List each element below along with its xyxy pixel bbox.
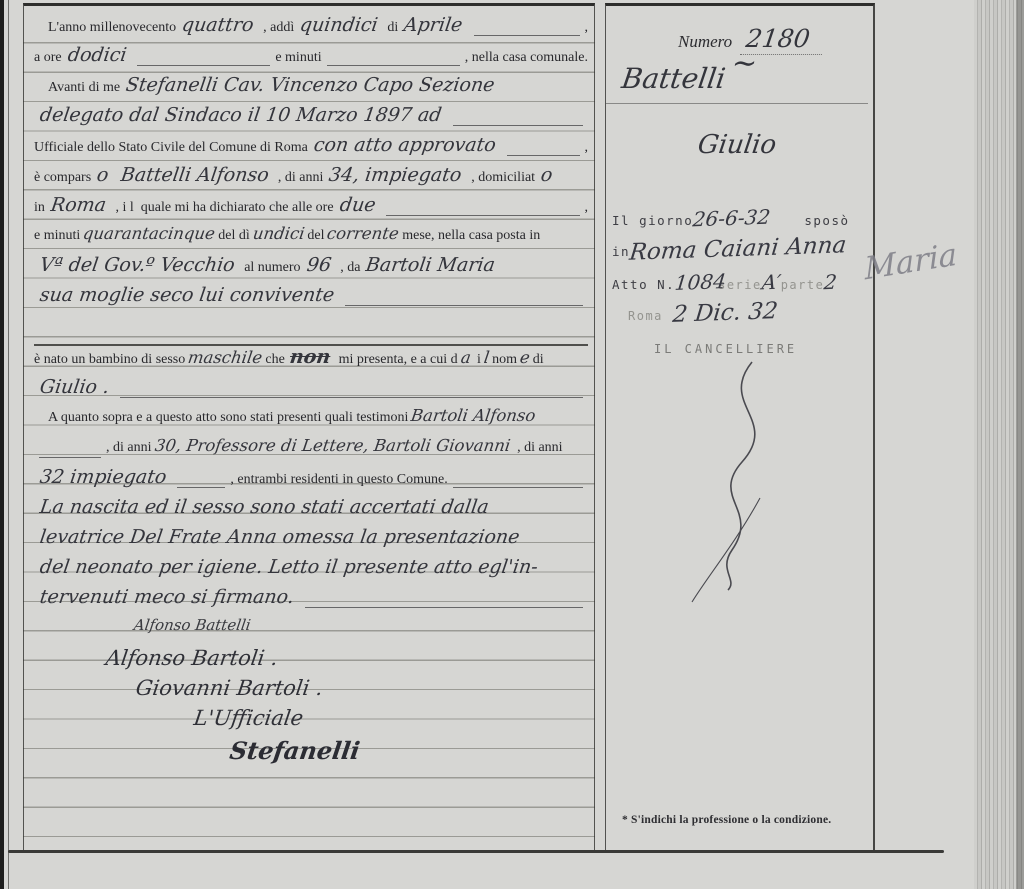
entry-birth-day: undici <box>251 224 305 243</box>
book-page-edges-shade <box>1016 0 1024 889</box>
entry-birth-month: corrente <box>326 224 400 243</box>
printed-form-text: Ufficiale dello Stato Civile del Comune … <box>34 140 308 156</box>
entry-hour: dodici <box>66 44 128 66</box>
entry-mother-relation: sua moglie seco lui convivente <box>38 284 335 306</box>
form-line: delegato dal Sindaco il 10 Marzo 1897 ad <box>34 104 588 134</box>
stamp-text: Atto N. <box>612 277 675 292</box>
entry-birth-minutes: quarantacinque <box>82 224 217 243</box>
printed-form-text: , <box>585 20 589 36</box>
annotation-serie-value: A′ <box>760 270 782 295</box>
entry-witness2-age-profession: 32 impiegato <box>38 466 167 488</box>
margin-surname: Battelli <box>620 62 728 95</box>
annotation-parte-value: 2 <box>823 270 838 294</box>
blank-fill-line <box>120 397 583 398</box>
printed-form-text: a ore <box>34 50 62 66</box>
printed-form-text: A quanto sopra e a questo atto sono stat… <box>48 410 408 426</box>
printed-form-text: , <box>585 140 589 156</box>
entry-birth-street: Vª del Gov.º Vecchio <box>38 254 236 276</box>
numero-label: Numero <box>678 32 732 52</box>
blank-ruled-line <box>34 796 588 826</box>
roma-stamp: Roma <box>628 309 663 323</box>
printed-form-text: del <box>307 228 324 244</box>
printed-form-text: , domiciliat <box>468 170 535 186</box>
printed-form-text: , <box>585 200 589 216</box>
form-line: Avanti di meStefanelli Cav. Vincenzo Cap… <box>34 74 588 104</box>
entry-house-number: 96 <box>305 254 332 276</box>
stamp-text: Il giorno <box>612 213 693 228</box>
blank-fill-line <box>345 305 583 306</box>
printed-form-text: , di anni <box>106 440 152 456</box>
blank-fill-line <box>474 35 580 36</box>
blank-fill-line <box>137 65 270 66</box>
form-line: , di anni30, Professore di Lettere,Barto… <box>34 436 588 466</box>
margin-column: Numero 2180 ~ Battelli Giulio Il giorno … <box>605 3 875 852</box>
form-line: sua moglie seco lui convivente <box>34 284 588 314</box>
entry-declarant-domicile: Roma <box>49 194 107 216</box>
tilde-mark: ~ <box>730 46 760 81</box>
marriage-annotation-line5: IL CANCELLIERE <box>654 342 797 356</box>
blank-fill-line <box>305 607 583 608</box>
entry-midwife-note: La nascita ed il sesso sono stati accert… <box>38 496 490 518</box>
marriage-annotation-line3: Atto N. 1084 serie A′ parte 2 <box>612 270 837 294</box>
signature-line: Stefanelli <box>34 736 588 766</box>
printed-form-text: è compars <box>34 170 91 186</box>
entry-authorization: con atto approvato <box>312 134 497 156</box>
printed-form-text: Avanti di me <box>48 80 120 96</box>
form-line: 32 impiegato, entrambi residenti in ques… <box>34 466 588 496</box>
blank-fill-line <box>327 65 460 66</box>
form-line: inRoma , i l quale mi ha dichiarato che … <box>34 194 588 224</box>
pencil-note-maria: Maria <box>864 237 958 288</box>
printed-form-text: in <box>34 200 45 216</box>
entry-witness1-age-profession: 30, Professore di Lettere, <box>153 436 369 455</box>
form-line: è comparsoBattelli Alfonso , di anni34, … <box>34 164 588 194</box>
printed-form-text: nom <box>492 352 517 368</box>
signature-line: Alfonso Battelli <box>34 616 588 646</box>
handwritten-entry: non <box>288 346 331 368</box>
annotation-act-number: 1084 <box>674 269 728 295</box>
entry-midwife-name: levatrice Del Frate Anna omessa la prese… <box>38 526 521 548</box>
handwritten-entry: del neonato per igiene. Letto il present… <box>38 556 539 578</box>
form-line: Giulio . <box>34 376 588 406</box>
bottom-border-line <box>8 850 944 853</box>
form-line: Vª del Gov.º Vecchio al numero96 , daBar… <box>34 254 588 284</box>
form-line: L'anno millenovecentoquattro , addìquind… <box>34 14 588 44</box>
signature-line: Alfonso Bartoli . <box>34 646 588 676</box>
footnote: * S'indichi la professione o la condizio… <box>622 814 868 826</box>
printed-form-text: al numero <box>241 260 301 276</box>
blank-fill-line <box>453 125 583 126</box>
form-line: A quanto sopra e a questo atto sono stat… <box>34 406 588 436</box>
signature-witness2: Giovanni Bartoli . <box>134 676 324 700</box>
blank-fill-line <box>386 215 579 216</box>
entry-birth-hour: due <box>338 194 377 216</box>
printed-form-text: , nella casa comunale. <box>465 50 588 66</box>
entry-witness1-name: Bartoli Alfonso <box>410 406 537 425</box>
entry-day: quindici <box>299 14 380 36</box>
printed-form-text: mese, nella casa posta in <box>402 228 540 244</box>
printed-form-text: , da <box>337 260 361 276</box>
form-line: tervenuti meco si firmano. <box>34 586 588 616</box>
signature-official: Stefanelli <box>228 736 362 765</box>
signature-declarant: Alfonso Battelli <box>133 616 252 634</box>
printed-form-text: è nato un bambino di sesso <box>34 352 185 368</box>
handwritten-entry: o <box>96 164 111 186</box>
blank-fill-line <box>177 487 225 488</box>
entry-declarant-age-profession: 34, impiegato <box>328 164 463 186</box>
birth-act-form: L'anno millenovecentoquattro , addìquind… <box>23 3 595 852</box>
printed-form-text: del dì <box>218 228 250 244</box>
handwritten-entry: a <box>459 348 472 367</box>
entry-declarant-name: Battelli Alfonso <box>119 164 270 186</box>
printed-form-text: e minuti <box>34 228 80 244</box>
signature-line: Giovanni Bartoli . <box>34 676 588 706</box>
signature-witness1: Alfonso Bartoli . <box>104 646 279 670</box>
blank-fill-line <box>39 457 101 458</box>
entry-official-delegation: delegato dal Sindaco il 10 Marzo 1897 ad <box>38 104 443 126</box>
printed-form-text: di <box>384 20 398 36</box>
entry-mother-name: Bartoli Maria <box>365 254 497 276</box>
form-line: è nato un bambino di sessomaschilechenon… <box>34 346 588 376</box>
left-margin-line <box>8 0 9 889</box>
form-line: La nascita ed il sesso sono stati accert… <box>34 496 588 526</box>
stamp-text: parte <box>781 278 825 292</box>
marriage-annotation-line4: Roma 2 Dic. 32 <box>612 300 777 326</box>
entry-child-name: Giulio . <box>38 376 110 398</box>
printed-form-text: che <box>265 352 284 368</box>
cancelliere-signature-flourish <box>690 358 780 608</box>
printed-form-text: , di anni <box>514 440 563 456</box>
printed-form-text: di <box>533 352 544 368</box>
form-line: e minutiquarantacinquedel dìundicidelcor… <box>34 224 588 254</box>
form-line: Ufficiale dello Stato Civile del Comune … <box>34 134 588 164</box>
blank-fill-line <box>507 155 580 156</box>
section-separator <box>34 314 588 346</box>
handwritten-entry: l <box>483 348 491 367</box>
printed-form-text: , addì <box>260 20 295 36</box>
entry-sex: maschile <box>187 348 264 367</box>
cancelliere-stamp: IL CANCELLIERE <box>654 342 797 356</box>
printed-form-text: i <box>473 352 480 368</box>
form-line: levatrice Del Frate Anna omessa la prese… <box>34 526 588 556</box>
handwritten-entry: e <box>519 348 531 367</box>
entry-year: quattro <box>181 14 256 36</box>
printed-form-text: , i l quale mi ha dichiarato che alle or… <box>112 200 334 216</box>
stamp-text: sposò <box>804 213 849 228</box>
form-line: del neonato per igiene. Letto il present… <box>34 556 588 586</box>
printed-form-text: mi presenta, e a cui d <box>335 352 457 368</box>
entry-month: Aprile <box>403 14 464 36</box>
printed-form-text: , di anni <box>274 170 323 186</box>
marriage-annotation-line2: in Roma Caiani Anna <box>612 236 846 262</box>
scanned-birth-record-page: L'anno millenovecentoquattro , addìquind… <box>0 0 1024 889</box>
signature-line: L'Ufficiale <box>34 706 588 736</box>
book-binding-edge <box>0 0 4 889</box>
marriage-annotation-line1: Il giorno 26-6-32 sposò <box>612 206 850 230</box>
ruled-line <box>606 103 868 104</box>
entry-official-name: Stefanelli Cav. Vincenzo Capo Sezione <box>125 74 497 96</box>
printed-form-text: L'anno millenovecento <box>48 20 176 36</box>
margin-given-name: Giulio <box>696 130 778 160</box>
handwritten-entry: o <box>540 164 555 186</box>
printed-form-text: e minuti <box>275 50 321 66</box>
annotation-spouse-name: Roma Caiani Anna <box>628 232 847 266</box>
signature-official-title: L'Ufficiale <box>192 706 305 730</box>
annotation-marriage-date: 26-6-32 <box>692 205 772 232</box>
stamp-text: in <box>612 244 630 259</box>
printed-form-text: , entrambi residenti in questo Comune. <box>230 472 447 488</box>
blank-fill-line <box>453 487 583 488</box>
blank-ruled-line <box>34 766 588 796</box>
handwritten-entry: tervenuti meco si firmano. <box>38 586 295 608</box>
form-line: a oredodicie minuti, nella casa comunale… <box>34 44 588 74</box>
entry-witness2-name: Bartoli Giovanni <box>373 436 512 455</box>
annotation-registration-date: 2 Dic. 32 <box>671 298 779 328</box>
